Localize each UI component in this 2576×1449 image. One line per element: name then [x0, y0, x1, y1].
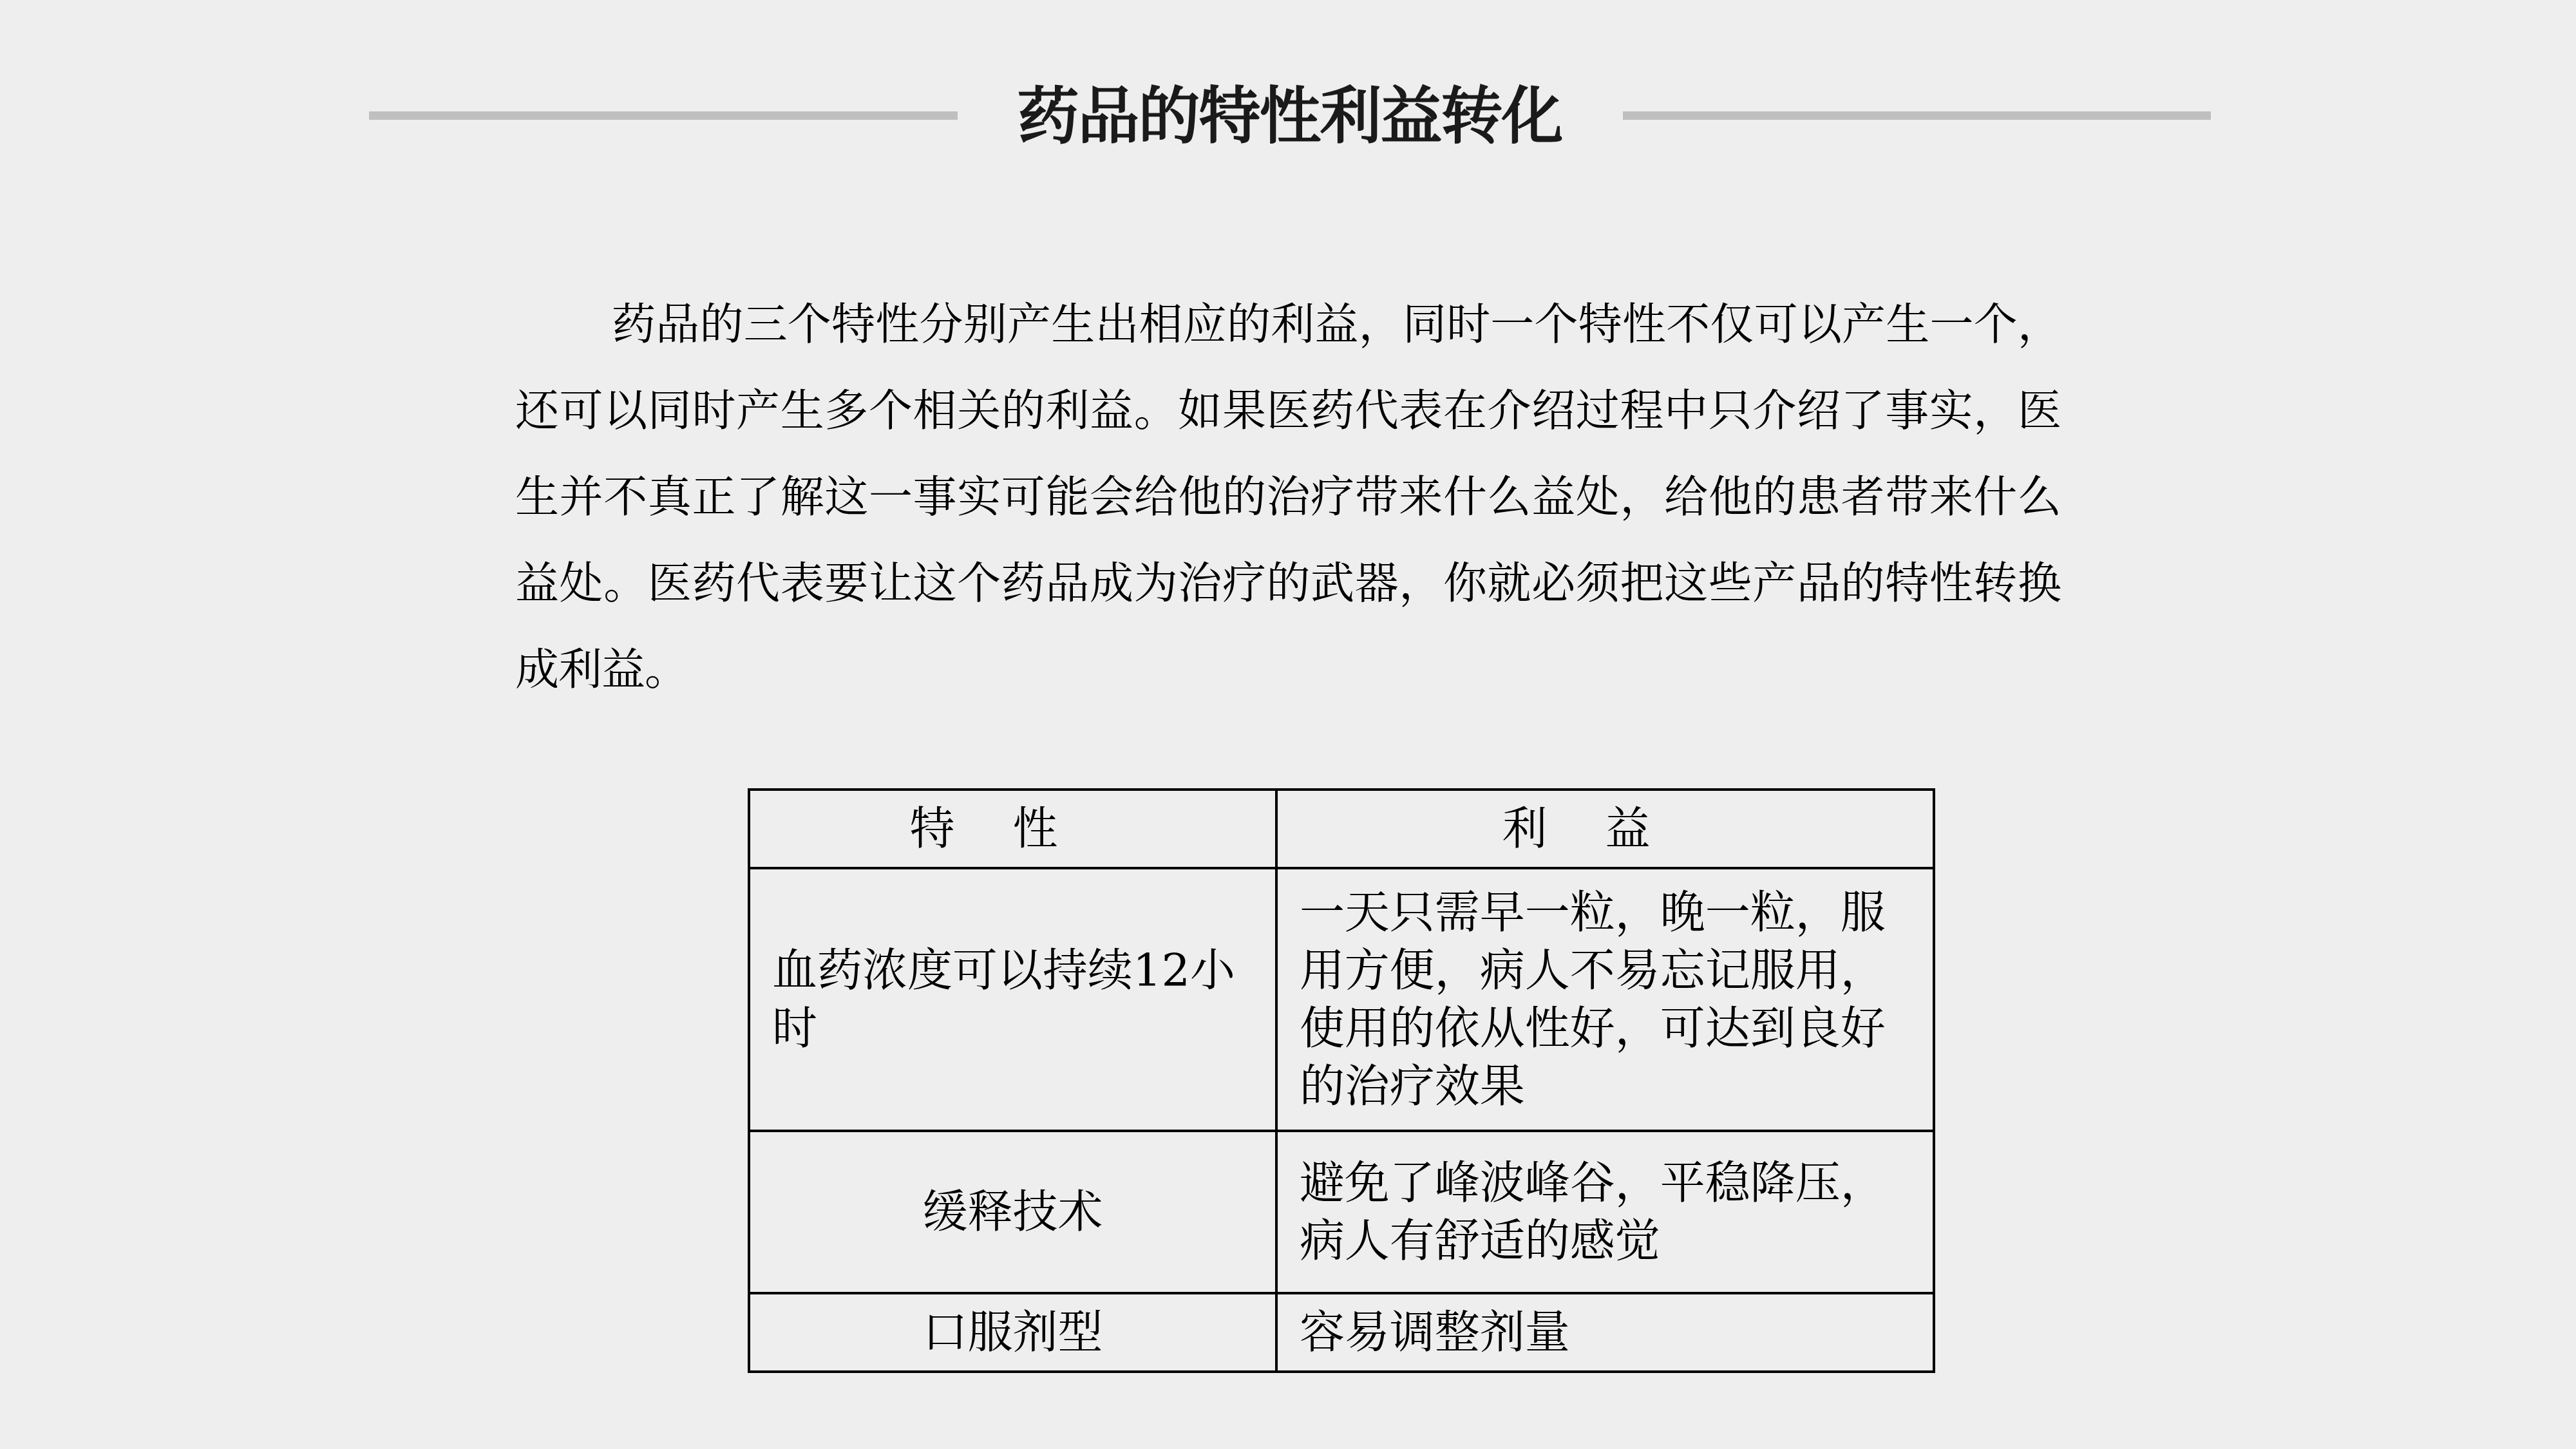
- table-row: 血药浓度可以持续12小时 一天只需早一粒，晚一粒，服用方便，病人不易忘记服用，使…: [749, 868, 1934, 1131]
- header-benefit: 利益: [1276, 790, 1934, 868]
- feature-cell: 缓释技术: [749, 1131, 1276, 1293]
- feature-cell: 血药浓度可以持续12小时: [749, 868, 1276, 1131]
- table-header-row: 特性 利益: [749, 790, 1934, 868]
- benefit-cell: 一天只需早一粒，晚一粒，服用方便，病人不易忘记服用，使用的依从性好，可达到良好的…: [1276, 868, 1934, 1131]
- table-row: 缓释技术 避免了峰波峰谷，平稳降压，病人有舒适的感觉: [749, 1131, 1934, 1293]
- table-row: 口服剂型 容易调整剂量: [749, 1293, 1934, 1372]
- feature-benefit-table: 特性 利益 血药浓度可以持续12小时 一天只需早一粒，晚一粒，服用方便，病人不易…: [748, 788, 1935, 1373]
- header-feature: 特性: [749, 790, 1276, 868]
- body-paragraph: 药品的三个特性分别产生出相应的利益，同时一个特性不仅可以产生一个，还可以同时产生…: [515, 282, 2061, 714]
- title-row: 药品的特性利益转化: [0, 77, 2576, 155]
- feature-cell: 口服剂型: [749, 1293, 1276, 1372]
- benefit-cell: 容易调整剂量: [1276, 1293, 1934, 1372]
- benefit-cell: 避免了峰波峰谷，平稳降压，病人有舒适的感觉: [1276, 1131, 1934, 1293]
- page-title: 药品的特性利益转化: [966, 77, 1613, 155]
- title-rule-right: [1623, 111, 2211, 120]
- title-rule-left: [369, 111, 958, 120]
